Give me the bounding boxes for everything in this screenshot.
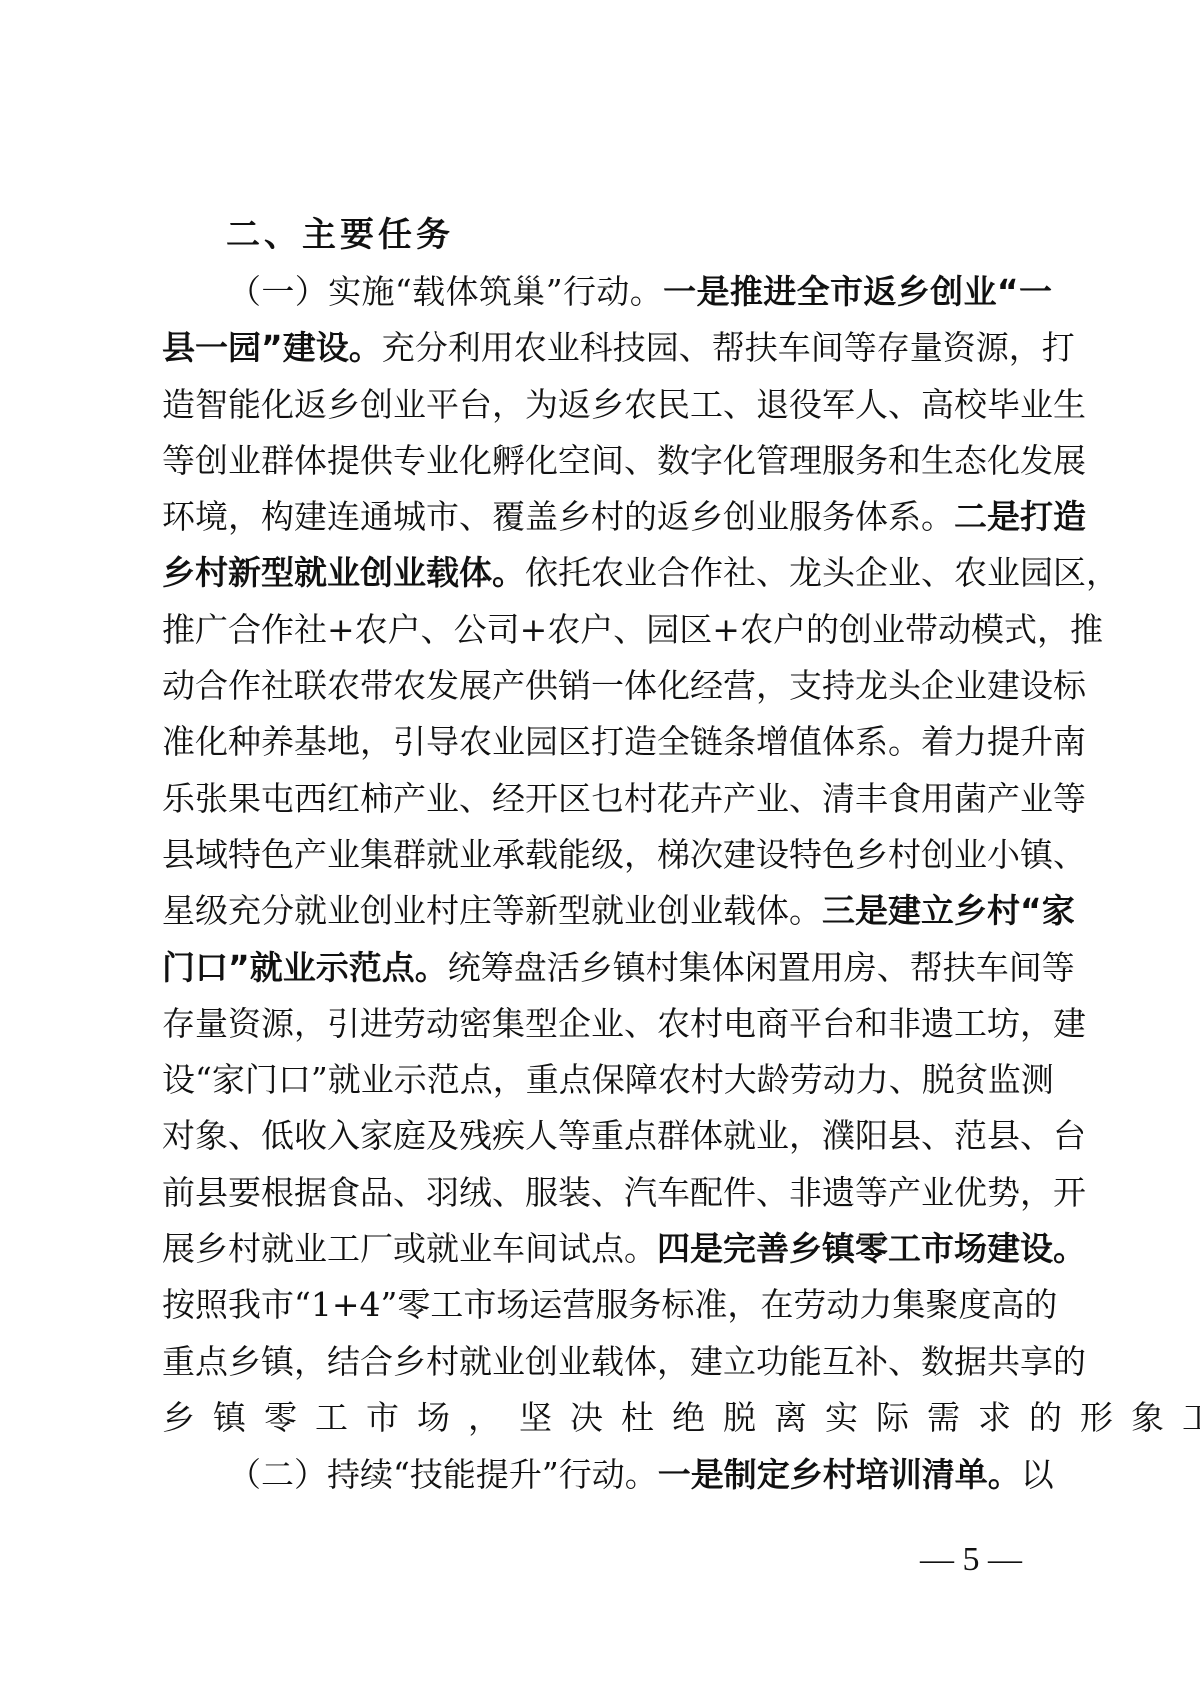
text-line: （二）持续“技能提升”行动。一是制定乡村培训清单。以 — [162, 1447, 1052, 1503]
text-line: 乡村新型就业创业载体。依托农业合作社、龙头企业、农业园区， — [162, 545, 1052, 601]
text-run: 推广合作社+农户、公司+农户、园区+农户的创业带动模式，推 — [162, 610, 1103, 649]
text-run: 设“家门口”就业示范点，重点保障农村大龄劳动力、脱贫监测 — [162, 1060, 1054, 1099]
text-line: 重点乡镇，结合乡村就业创业载体，建立功能互补、数据共享的 — [162, 1334, 1052, 1390]
text-line: 对象、低收入家庭及残疾人等重点群体就业，濮阳县、范县、台 — [162, 1108, 1052, 1164]
text-line: 环境，构建连通城市、覆盖乡村的返乡创业服务体系。二是打造 — [162, 489, 1052, 545]
text-run: 重点乡镇，结合乡村就业创业载体，建立功能互补、数据共享的 — [162, 1342, 1086, 1381]
bold-text-run: 三是建立乡村“家 — [822, 891, 1075, 930]
text-line: 门口”就业示范点。统筹盘活乡镇村集体闲置用房、帮扶车间等 — [162, 940, 1052, 996]
text-run: 充分利用农业科技园、帮扶车间等存量资源，打 — [382, 328, 1075, 367]
text-line: 前县要根据食品、羽绒、服装、汽车配件、非遗等产业优势，开 — [162, 1165, 1052, 1221]
text-run: 统筹盘活乡镇村集体闲置用房、帮扶车间等 — [448, 948, 1075, 987]
text-run: 星级充分就业创业村庄等新型就业创业载体。 — [162, 891, 822, 930]
text-run: 县域特色产业集群就业承载能级，梯次建设特色乡村创业小镇、 — [162, 835, 1086, 874]
bold-text-run: 一是制定乡村培训清单。 — [658, 1455, 1021, 1494]
bold-text-run: 县一园”建设。 — [162, 328, 382, 367]
text-run: 对象、低收入家庭及残疾人等重点群体就业，濮阳县、范县、台 — [162, 1116, 1086, 1155]
text-run: 以 — [1021, 1455, 1054, 1494]
text-run: 等创业群体提供专业化孵化空间、数字化管理服务和生态化发展 — [162, 441, 1086, 480]
text-run: 造智能化返乡创业平台，为返乡农民工、退役军人、高校毕业生 — [162, 385, 1086, 424]
text-line: 县一园”建设。充分利用农业科技园、帮扶车间等存量资源，打 — [162, 320, 1052, 376]
text-run: 存量资源，引进劳动密集型企业、农村电商平台和非遗工坊，建 — [162, 1004, 1086, 1043]
text-line: 县域特色产业集群就业承载能级，梯次建设特色乡村创业小镇、 — [162, 827, 1052, 883]
section-heading: 二、主要任务 — [226, 212, 454, 258]
text-run: 动合作社联农带农发展产供销一体化经营，支持龙头企业建设标 — [162, 666, 1086, 705]
text-line: 造智能化返乡创业平台，为返乡农民工、退役军人、高校毕业生 — [162, 377, 1052, 433]
text-run: 环境，构建连通城市、覆盖乡村的返乡创业服务体系。 — [162, 497, 954, 536]
bold-text-run: 四是完善乡镇零工市场建设。 — [657, 1229, 1086, 1268]
bold-text-run: 门口”就业示范点。 — [162, 948, 448, 987]
bold-text-run: 二是打造 — [954, 497, 1086, 536]
bold-text-run: 一是推进全市返乡创业“一 — [663, 272, 1052, 311]
text-run: 乐张果屯西红柿产业、经开区乜村花卉产业、清丰食用菌产业等 — [162, 779, 1086, 818]
text-line: 等创业群体提供专业化孵化空间、数字化管理服务和生态化发展 — [162, 433, 1052, 489]
text-line: 准化种养基地，引导农业园区打造全链条增值体系。着力提升南 — [162, 714, 1052, 770]
text-run: （二）持续“技能提升”行动。 — [228, 1455, 658, 1494]
text-line: 乐张果屯西红柿产业、经开区乜村花卉产业、清丰食用菌产业等 — [162, 771, 1052, 827]
text-run: 依托农业合作社、龙头企业、农业园区， — [525, 553, 1119, 592]
text-line: 动合作社联农带农发展产供销一体化经营，支持龙头企业建设标 — [162, 658, 1052, 714]
text-line: 存量资源，引进劳动密集型企业、农村电商平台和非遗工坊，建 — [162, 996, 1052, 1052]
document-page: 二、主要任务 （一）实施“载体筑巢”行动。一是推进全市返乡创业“一县一园”建设。… — [0, 0, 1200, 1696]
text-run: 前县要根据食品、羽绒、服装、汽车配件、非遗等产业优势，开 — [162, 1173, 1086, 1212]
text-line: （一）实施“载体筑巢”行动。一是推进全市返乡创业“一 — [162, 264, 1052, 320]
page-number: — 5 — — [920, 1538, 1022, 1582]
text-line: 按照我市“1+4”零工市场运营服务标准，在劳动力集聚度高的 — [162, 1277, 1052, 1333]
text-line: 展乡村就业工厂或就业车间试点。四是完善乡镇零工市场建设。 — [162, 1221, 1052, 1277]
bold-text-run: 乡村新型就业创业载体。 — [162, 553, 525, 592]
text-run: 展乡村就业工厂或就业车间试点。 — [162, 1229, 657, 1268]
text-line: 星级充分就业创业村庄等新型就业创业载体。三是建立乡村“家 — [162, 883, 1052, 939]
text-run: 乡镇零工市场，坚决杜绝脱离实际需求的形象工程。 — [162, 1398, 1200, 1437]
text-line: 乡镇零工市场，坚决杜绝脱离实际需求的形象工程。 — [162, 1390, 1052, 1446]
text-line: 设“家门口”就业示范点，重点保障农村大龄劳动力、脱贫监测 — [162, 1052, 1052, 1108]
text-run: 准化种养基地，引导农业园区打造全链条增值体系。着力提升南 — [162, 722, 1086, 761]
text-line: 推广合作社+农户、公司+农户、园区+农户的创业带动模式，推 — [162, 602, 1052, 658]
text-run: （一）实施“载体筑巢”行动。 — [228, 272, 663, 311]
text-run: 按照我市“1+4”零工市场运营服务标准，在劳动力集聚度高的 — [162, 1285, 1057, 1324]
paragraph-skill-action: （二）持续“技能提升”行动。一是制定乡村培训清单。以 — [162, 1447, 1052, 1503]
paragraph-carrier-action: （一）实施“载体筑巢”行动。一是推进全市返乡创业“一县一园”建设。充分利用农业科… — [162, 264, 1052, 1446]
